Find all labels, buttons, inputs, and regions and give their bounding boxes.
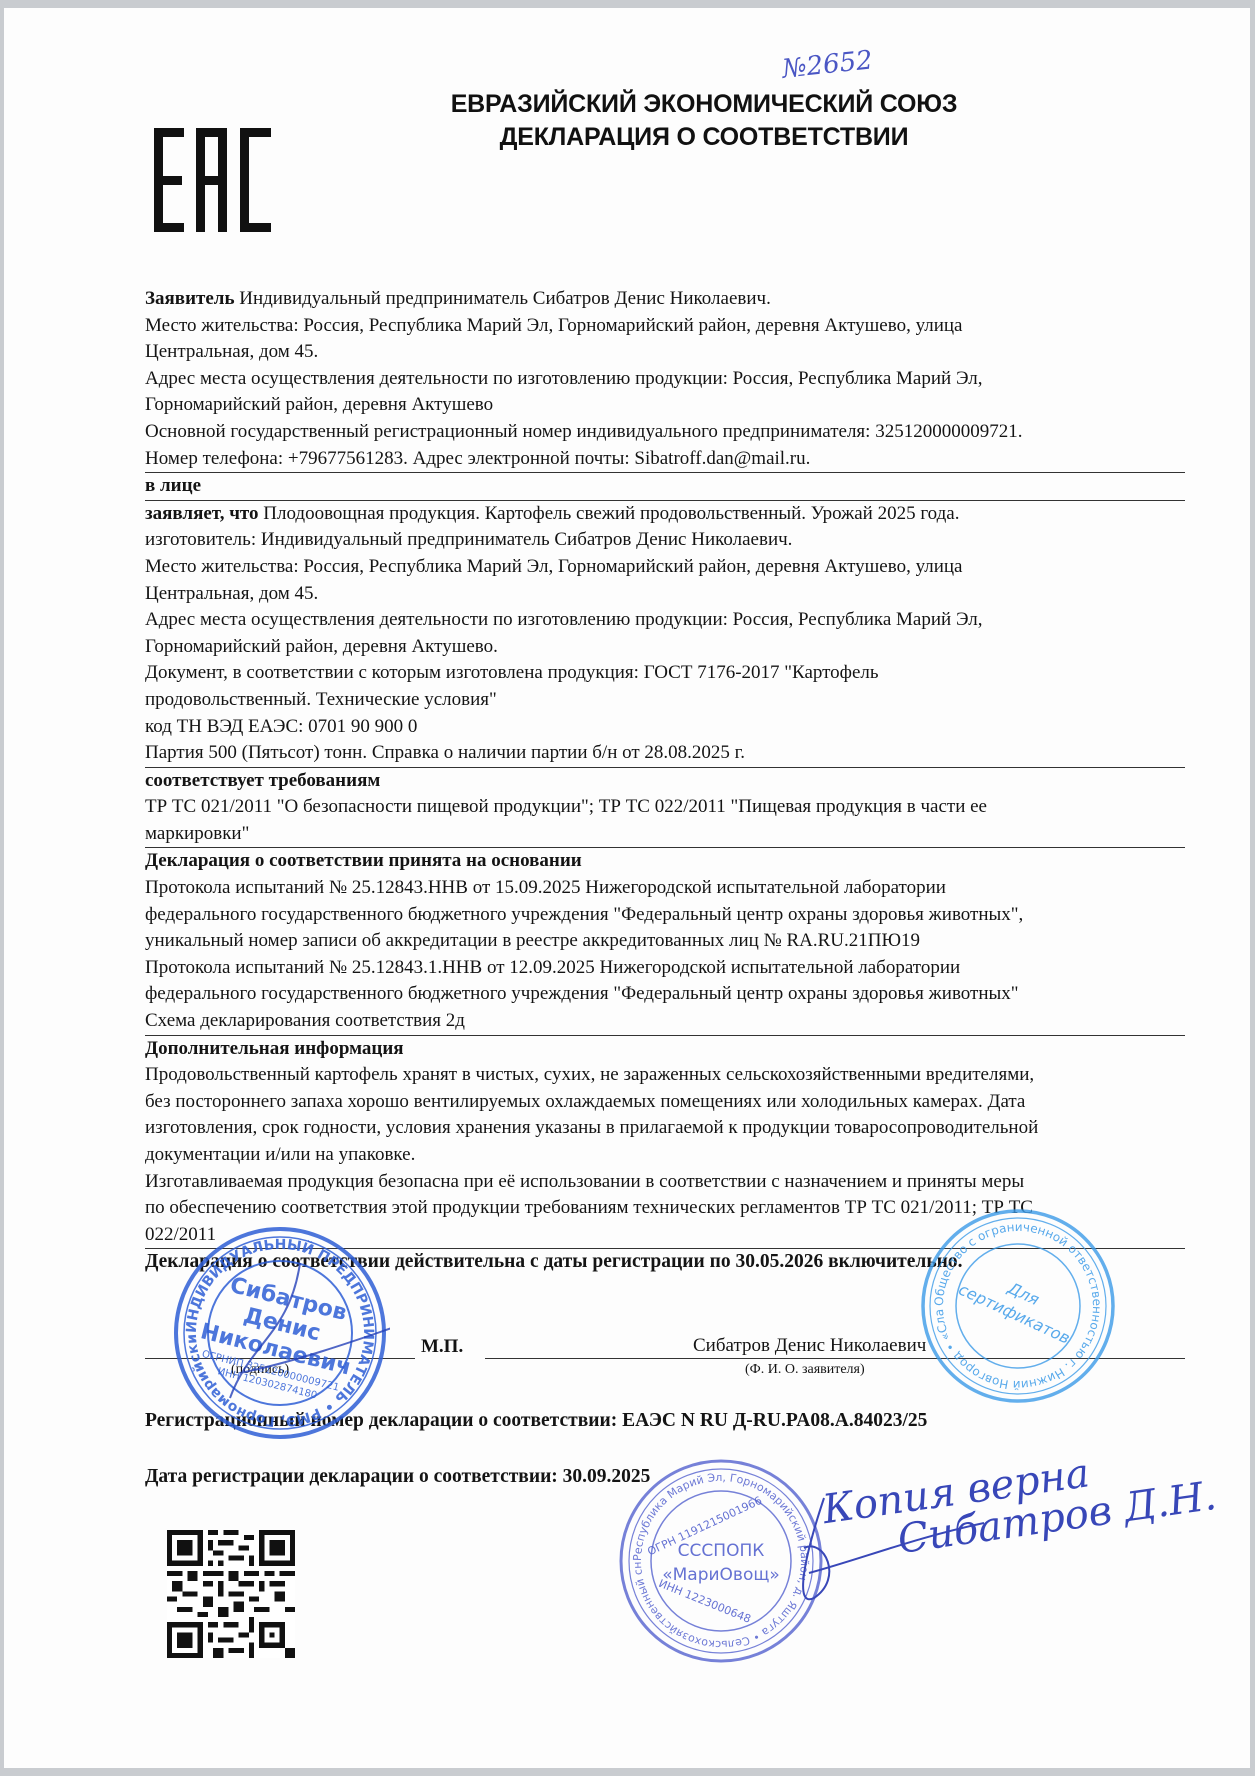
applicant-residence-1: Место жительства: Россия, Республика Мар… [145, 313, 1185, 340]
handwritten-registry-number: №2652 [781, 45, 874, 84]
eac-logo-icon [154, 128, 272, 232]
basis-line: федерального государственного бюджетного… [145, 902, 1185, 929]
declaration-title: ДЕКЛАРАЦИЯ О СООТВЕТСТВИИ [424, 123, 984, 152]
batch-info: Партия 500 (Пятьсот) тонн. Справка о нал… [145, 740, 1185, 767]
applicant-name: Индивидуальный предприниматель Сибатров … [235, 288, 771, 309]
applicant-line: Заявитель Индивидуальный предприниматель… [145, 286, 1185, 313]
registration-number: Регистрационный номер декларации о соотв… [145, 1410, 927, 1432]
basis-line: Протокола испытаний № 25.12843.ННВ от 15… [145, 875, 1185, 902]
product-description: Плодоовощная продукция. Картофель свежий… [259, 503, 960, 524]
complies-text-1: ТР ТС 021/2011 "О безопасности пищевой п… [145, 794, 1185, 821]
union-title: ЕВРАЗИЙСКИЙ ЭКОНОМИЧЕСКИЙ СОЮЗ [424, 90, 984, 119]
applicant-activity-address-1: Адрес места осуществления деятельности п… [145, 366, 1185, 393]
additional-info-line: изготовления, срок годности, условия хра… [145, 1115, 1185, 1142]
qr-code-icon[interactable] [167, 1530, 295, 1658]
additional-info-label: Дополнительная информация [145, 1036, 1185, 1063]
manufacturer-residence-1: Место жительства: Россия, Республика Мар… [145, 554, 1185, 581]
additional-info-line: Изготавливаемая продукция безопасна при … [145, 1169, 1185, 1196]
standard-document-2: продовольственный. Технические условия" [145, 687, 1185, 714]
svg-text:СССПОПК: СССПОПК [678, 1541, 765, 1561]
additional-info-line: без постороннего запаха хорошо вентилиру… [145, 1089, 1185, 1116]
in-person-label: в лице [145, 473, 1185, 500]
declaration-body: Заявитель Индивидуальный предприниматель… [145, 286, 1185, 1276]
standard-document-1: Документ, в соответствии с которым изгот… [145, 660, 1185, 687]
svg-text:Для: Для [1004, 1278, 1043, 1309]
additional-info-line: документации и/или на упаковке. [145, 1142, 1185, 1169]
document-page: №2652 ЕВРАЗИЙСКИЙ ЭКОНОМИЧЕСКИЙ СОЮЗ ДЕК… [4, 8, 1250, 1768]
applicant-contacts: Номер телефона: +79677561283. Адрес элек… [145, 446, 1185, 473]
applicant-ogrnip: Основной государственный регистрационный… [145, 419, 1185, 446]
manufacturer-activity-address-1: Адрес места осуществления деятельности п… [145, 607, 1185, 634]
manufacturer-activity-address-2: Горномарийский район, деревня Актушево. [145, 634, 1185, 661]
signature-line [145, 1358, 415, 1359]
signature-caption: (подпись) [231, 1362, 289, 1378]
applicant-residence-2: Центральная, дом 45. [145, 339, 1185, 366]
seal-place-label: М.П. [421, 1336, 463, 1358]
additional-info-line: Продовольственный картофель хранят в чис… [145, 1062, 1185, 1089]
validity-statement: Декларация о соответствии действительна … [145, 1249, 1185, 1276]
complies-text-2: маркировки" [145, 821, 1185, 848]
registration-date: Дата регистрации декларации о соответств… [145, 1466, 650, 1488]
additional-info-line: 022/2011 [145, 1222, 1185, 1249]
basis-label: Декларация о соответствии принята на осн… [145, 848, 1185, 875]
basis-line: Протокола испытаний № 25.12843.1.ННВ от … [145, 955, 1185, 982]
basis-line: Схема декларирования соответствия 2д [145, 1008, 1185, 1035]
declares-line: заявляет, что Плодоовощная продукция. Ка… [145, 501, 1185, 528]
complies-label: соответствует требованиям [145, 768, 1185, 795]
hs-code: код ТН ВЭД ЕАЭС: 0701 90 900 0 [145, 714, 1185, 741]
applicant-label: Заявитель [145, 288, 235, 309]
signer-name: Сибатров Денис Николаевич [693, 1335, 926, 1357]
basis-line: федерального государственного бюджетного… [145, 981, 1185, 1008]
additional-info-line: по обеспечению соответствия этой продукц… [145, 1195, 1185, 1222]
manufacturer-residence-2: Центральная, дом 45. [145, 581, 1185, 608]
svg-text:«МариОвощ»: «МариОвощ» [662, 1565, 780, 1585]
fio-caption: (Ф. И. О. заявителя) [745, 1362, 865, 1378]
svg-text:ОГРН 1191215001966: ОГРН 1191215001966 [645, 1494, 764, 1559]
manufacturer: изготовитель: Индивидуальный предпринима… [145, 527, 1185, 554]
applicant-activity-address-2: Горномарийский район, деревня Актушево [145, 392, 1185, 419]
svg-text:Сибатров: Сибатров [227, 1273, 349, 1326]
name-line [485, 1358, 1185, 1359]
svg-text:ИНН 1223000648: ИНН 1223000648 [657, 1577, 753, 1626]
declares-label: заявляет, что [145, 503, 259, 524]
basis-line: уникальный номер записи об аккредитации … [145, 928, 1185, 955]
signature-area: М.П. Сибатров Денис Николаевич (подпись)… [145, 1324, 1185, 1414]
handwritten-certified-copy-note: Копия верна Сибатров Д.Н. [820, 1436, 1218, 1570]
